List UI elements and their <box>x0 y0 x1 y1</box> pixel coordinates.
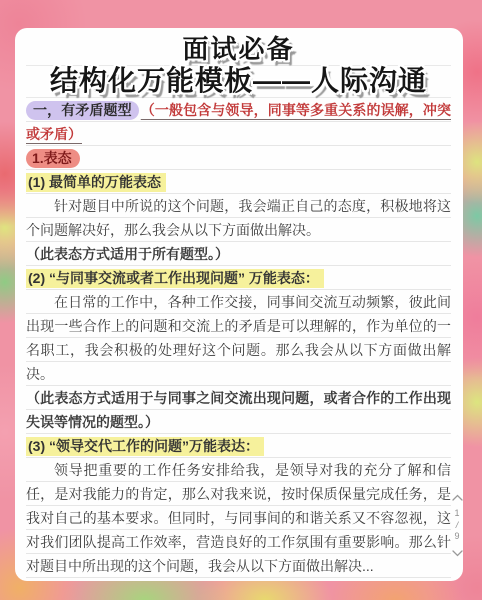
template-3-body: 领导把重要的工作任务安排给我，是领导对我的充分了解和信任，是对我能力的肯定，那么… <box>26 458 451 578</box>
highlight-heading: (1) 最简单的万能表态 <box>26 173 166 192</box>
page-indicator: 1 / 9 <box>448 488 466 562</box>
chevron-down-icon[interactable] <box>452 544 463 562</box>
title-block: 面试必备 结构化万能模板——人际沟通 <box>26 34 451 98</box>
template-2-note: （此表态方式适用于与同事之间交流出现问题，或者合作的工作出现失误等情况的题型。） <box>26 386 451 434</box>
page-subtitle: 结构化万能模板——人际沟通 <box>26 64 451 98</box>
template-3-note: （此表态方式适用于题目中出现领导交代给你工作的问题题型。） <box>26 578 451 581</box>
template-1-body: 针对题目中所说的这个问题，我会端正自己的态度，积极地将这个问题解决好，那么我会从… <box>26 194 451 242</box>
step-pill: 1.表态 <box>26 149 80 168</box>
template-1-heading: (1) 最简单的万能表态 <box>26 170 451 194</box>
highlight-heading: (3) “领导交代工作的问题”万能表达： <box>26 437 264 456</box>
note-content: 一，有矛盾题型（一般包含与领导，同事等多重关系的误解，冲突或矛盾） 1.表态 (… <box>26 98 451 581</box>
page-total: 9 <box>454 532 459 541</box>
page-current: 1 <box>454 509 459 518</box>
step-line: 1.表态 <box>26 146 451 170</box>
template-2-heading: (2) “与同事交流或者工作出现问题” 万能表态： <box>26 266 451 290</box>
note-card: 面试必备 结构化万能模板——人际沟通 一，有矛盾题型（一般包含与领导，同事等多重… <box>15 28 463 581</box>
page-title: 面试必备 <box>26 34 451 64</box>
highlight-heading: (2) “与同事交流或者工作出现问题” 万能表态： <box>26 269 324 288</box>
category-line: 一，有矛盾题型（一般包含与领导，同事等多重关系的误解，冲突或矛盾） <box>26 98 451 146</box>
template-1-note: （此表态方式适用于所有题型。） <box>26 242 451 266</box>
template-2-body: 在日常的工作中，各种工作交接，同事间交流互动频繁，彼此间出现一些合作上的问题和交… <box>26 290 451 386</box>
template-3-heading: (3) “领导交代工作的问题”万能表达： <box>26 434 451 458</box>
page-separator: / <box>456 521 459 529</box>
category-pill: 一，有矛盾题型 <box>26 101 139 120</box>
chevron-up-icon[interactable] <box>452 488 463 506</box>
